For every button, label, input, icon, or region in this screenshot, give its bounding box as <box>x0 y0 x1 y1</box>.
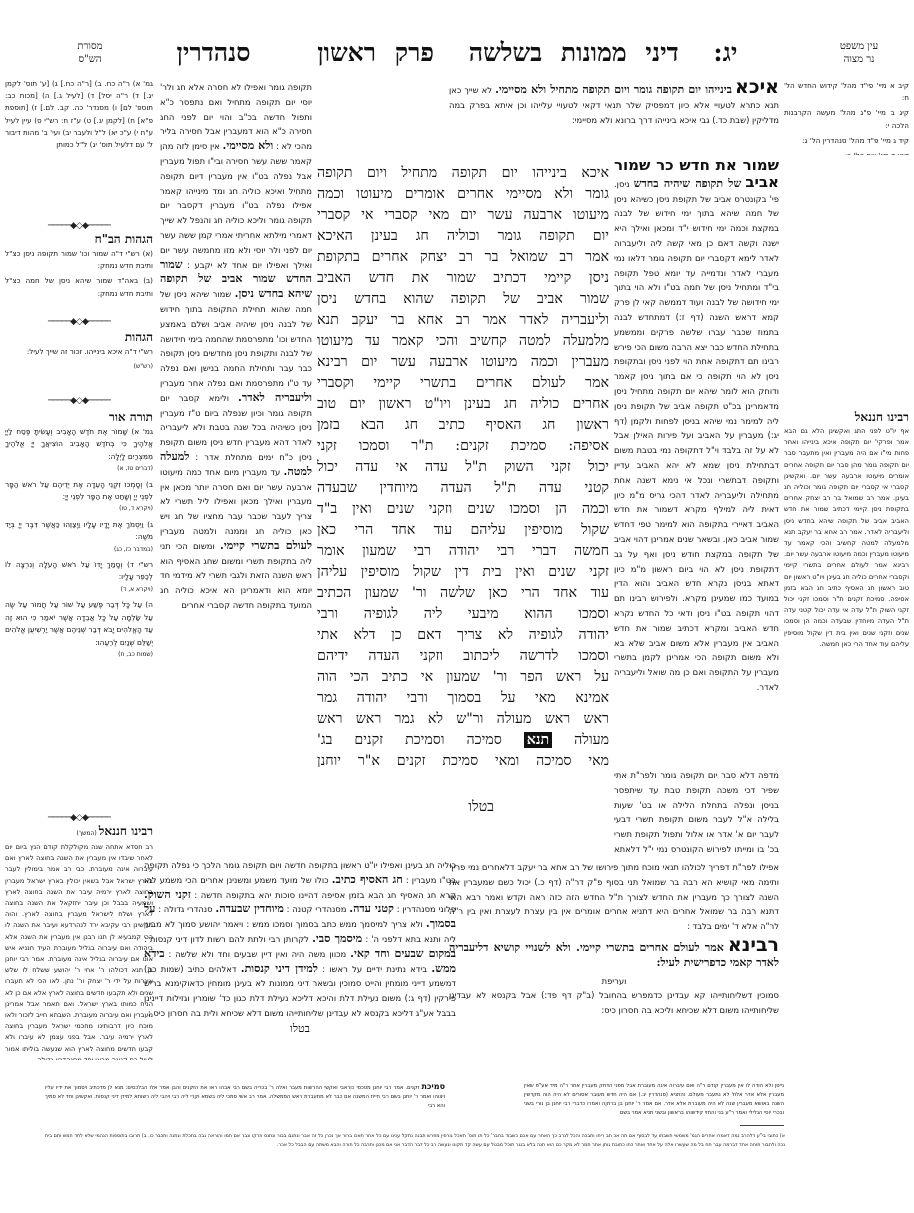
tosafot-text: סמוכין דשליחותייהו קא עבדינן כדמפרש בהחו… <box>449 990 779 1015</box>
gemara-line: קטני עדה ת"ל העדה מיוחדין שבעדה <box>317 478 609 499</box>
tosafot-text: מדפה דלא סבר יום תקופה גומר ולפר"ת אתי ש… <box>614 770 779 860</box>
gemara-line: וסמכו ההוא מיבעי ליה לגופיה ורבי <box>317 604 609 625</box>
torah-or-section: תורה אור גמ' א) שָׁמוֹר אֶת חֹדֶשׁ הָאָב… <box>5 408 153 808</box>
gemara-line: עוד אחד הרי כאן שלשה ור' שמעון הכתיב <box>317 583 609 604</box>
rashi-dibur-hamatchil: ולא מסיימי. <box>223 139 274 152</box>
tosafot-bottom: אפילו לפר"ת דפריך לכולהו תנאי מוכח מתוך … <box>449 860 779 1065</box>
torah-or-heading: תורה אור <box>5 408 153 426</box>
gemara-line: יכול זקני השוק ת"ל עדה אי עדה יכול <box>317 457 609 478</box>
gemara-line: אחרים כוליה חג בעינן ויו"ט ראשון יום טוב <box>317 394 609 415</box>
tosafot-text: ניסן. פי' בקונטרס אביב של תקופת ניסן כשי… <box>614 179 779 544</box>
rashi-dibur-hamatchil: וליעבריה לאדר. <box>238 391 312 404</box>
gemara-line: ראשון חג האסיף כתיב חג הבא בזמן <box>317 415 609 436</box>
mesoret-hashas-column: גמ' א) ר"ה כח. ב) [ר"ה כח.] ג) [ע' תוס' … <box>5 78 153 203</box>
ornament-divider: ─────◆◇◆───── <box>5 316 153 328</box>
hagahot-habach-heading: הגהות הב"ח <box>5 230 153 248</box>
tosafot-text: אפילו לפר"ת דפריך לכולהו תנאי מוכח מתוך … <box>449 862 779 931</box>
gemara-line: אמינא מאי על בסמוך ורבי יהודה גמר <box>317 688 609 709</box>
torah-or-verse: ב) וְסָמְכוּ זִקְנֵי הָעֵדָה אֶת יְדֵיהֶ… <box>5 479 153 516</box>
gemara-line: גומר ולא מסיימי אחרים אומרים מיעוטו וכמה <box>317 184 609 205</box>
tosafot-text: ובשאר שנים אמרינן דהוי אביב של תקופה במק… <box>614 534 779 692</box>
tana-boxed-word: תנא <box>524 732 552 748</box>
gemara-last-word: בטלו <box>374 797 494 821</box>
gemara-line: חמשה דברי רבי יהודה רבי שמעון אומר <box>317 541 609 562</box>
tosafot-opening-word: איכא <box>735 80 779 98</box>
gemara-line: וסמכו לדרשה ליכתוב וזקני העדה ידיהם <box>317 646 609 667</box>
perek-label: פרק ראשון <box>317 38 434 67</box>
footnote-divider <box>740 1125 784 1126</box>
rabbeinu-chananel-heading: רבינו חננאל <box>784 408 909 426</box>
tractate-name: סנהדרין <box>177 38 251 67</box>
rabbeinu-chananel-right-column: רבינו חננאל אף יו"ט לפני התג ואקשינן הלא… <box>784 408 909 1060</box>
page-header: עין משפט נר מצוה יג: דיני ממונות בשלשה פ… <box>0 38 914 78</box>
rabbeinu-chananel-left-column: רבינו חננאל (המשך) רב חסדא אתחה שנה מקול… <box>5 822 153 1060</box>
gemara-line: מלמעלה למטה קחשיב והכי קאמר עד מיעוטו <box>317 331 609 352</box>
mesoret-hashas-text: גמ' א) ר"ה כח. ב) [ר"ה כח.] ג) [ע' תוס' … <box>5 79 153 149</box>
gemara-line: איכא בינייהו יום תקופה מתחיל ויום תקופה <box>317 163 609 184</box>
gemara-line: מעולה תנא סמיכה וסמיכת זקנים בג' <box>317 730 609 751</box>
tosafot-dibur-hamatchil: בינייהו יום תקופה גומר ויום תקופה מתחיל … <box>495 83 732 96</box>
gemara-line: זקני שנים ואין בית דין שקול מוסיפין עליה… <box>317 562 609 583</box>
rashi-dibur-hamatchil: לעולם בתשרי קיימי. <box>220 539 312 552</box>
ein-mishpat-entry: קיב א מיי' פי"ד מהל' קידוש החדש הל' ח: <box>784 80 909 104</box>
gemara-line: וליעבריה לאדר אמר רב אחא בר יעקב תנא <box>317 310 609 331</box>
gemara-line: יום תקופה גומר וכוליה חג בעינן האיכא <box>317 226 609 247</box>
chapter-title: דיני ממונות בשלשה <box>469 38 679 67</box>
gemara-line: ראש ראש מעולה ור"ש לא גמר ראש ראש <box>317 709 609 730</box>
rashi-bottom: כוליה חג בעינן ואפילו יו"ט ראשון בתקופה … <box>144 858 456 1073</box>
gemara-line: על ראש הפר ור' שמעון אי כתיב הכי הוה <box>317 667 609 688</box>
gemara-line: מעברין וכמה מיעוטו ארבעה עשר יום רבינא <box>317 352 609 373</box>
torah-or-verse: ה) עַל כָּל דְּבַר פֶּשַׁע עַל שׁוֹר עַל… <box>5 599 153 661</box>
gemara-line: מיעוטו ארבעה עשר יום מאי קסברי אי קסברי <box>317 205 609 226</box>
hagahot-habach-section: הגהות הב"ח (א) רש"י ד"ה שמור וכו' שמור ת… <box>5 230 153 308</box>
ein-mishpat-entry: קטו ד מיי' שם הל' ב: <box>784 150 909 155</box>
gemara-line: אסיפה: סמיכת זקנים: ת"ר וסמכו זקני <box>317 436 609 457</box>
footnotes: א) כתובי בי"ע דלהרב נמה דאמרו אחרים הגמ'… <box>45 1132 785 1162</box>
tosafot-dh-ravina: רבינא <box>728 934 779 956</box>
gemara-line: וכמה הן וסמכו שנים וזקני שנים ואין ב"ד <box>317 499 609 520</box>
rashi-column: תקופה גומר ואפילו לא חסרה אלא חג ולר' יו… <box>160 80 312 772</box>
hagahot-section: הגהות רש"י ד"ה איכא בינייהו. זכור זה שיי… <box>5 328 153 390</box>
torah-or-verse: רש"י ד) וְסָמַךְ יָדוֹ עַל רֹאשׁ הָעֹלָה… <box>5 559 153 596</box>
gemara-line: מאי סמיכה ומאי סמיכת זקנים א"ר יוחנן <box>317 751 609 767</box>
tosafot-dh-cont: של תקופה שיהיה בחדש <box>634 177 742 190</box>
ein-mishpat-column: קיב א מיי' פי"ד מהל' קידוש החדש הל' ח: ק… <box>784 80 909 155</box>
torah-or-verse: גמ' א) שָׁמוֹר אֶת חֹדֶשׁ הָאָבִיב וְעָש… <box>5 426 153 476</box>
gemara-line: אמר רב שמואל בר רב יצחק אחרים בתקופת <box>317 247 609 268</box>
ein-mishpat-entry: קיד ג מיי' פ"ד מהל' סנהדרין הל' ג: <box>784 135 909 147</box>
daf-number: יג: <box>713 38 737 67</box>
ein-mishpat-entry: קיג ב מיי' פ"ג מהל' מעשה הקרבנות הלכה י: <box>784 107 909 131</box>
tosafot-subheading: ועריפת <box>449 974 779 989</box>
ornament-divider: ─────◆◇◆───── <box>5 395 153 407</box>
bottom-commentary-left: סמיכת זקנים. אמר רבי יוחנן מטכסי כוראבי … <box>45 1082 445 1122</box>
gemara-text: איכא בינייהו יום תקופה מתחיל ויום תקופה … <box>317 163 609 767</box>
gemara-line: שקול מוסיפין עליהם עוד אחד הרי כאן <box>317 520 609 541</box>
gemara-line: אמר לעולם אחרים בתשרי קיימי וקסברי <box>317 373 609 394</box>
tosafot-column-lower: מדפה דלא סבר יום תקופה גומר ולפר"ת אתי ש… <box>614 768 779 860</box>
bottom-commentary-right: נייסן ולא הודה לו אין מעברין קודם ר"ה וא… <box>524 1082 784 1122</box>
tosafot-column: שמור את חדש כר שמור אביב של תקופה שיהיה … <box>614 158 779 768</box>
page-title: יג: דיני ממונות בשלשה פרק ראשון סנהדרין <box>150 38 764 68</box>
ein-mishpat-label: עין משפט נר מצוה <box>824 40 894 66</box>
rabbeinu-chananel-left-heading: רבינו חננאל <box>99 824 153 838</box>
torah-or-verse: ג) וַיִּסְמֹךְ אֶת יָדָיו עָלָיו וַיְצַו… <box>5 519 153 556</box>
rabbeinu-chananel-text: אף יו"ט לפני התג ואקשינן הלא גם הבא אמר … <box>784 427 909 648</box>
gemara-line: יהודה לגופיה לא צריך דאם כן דלא אתי <box>317 625 609 646</box>
gemara-line: ניסן קיימי דכתיב שמור את חדש האביב <box>317 268 609 289</box>
mesoret-hashas-label: מסורת הש"ס <box>55 40 125 66</box>
hagahot-heading: הגהות <box>5 328 153 346</box>
gemara-line: שמור אביב של תקופה שהוא בחדש ניסן <box>317 289 609 310</box>
gemara-opening-line <box>317 142 609 164</box>
